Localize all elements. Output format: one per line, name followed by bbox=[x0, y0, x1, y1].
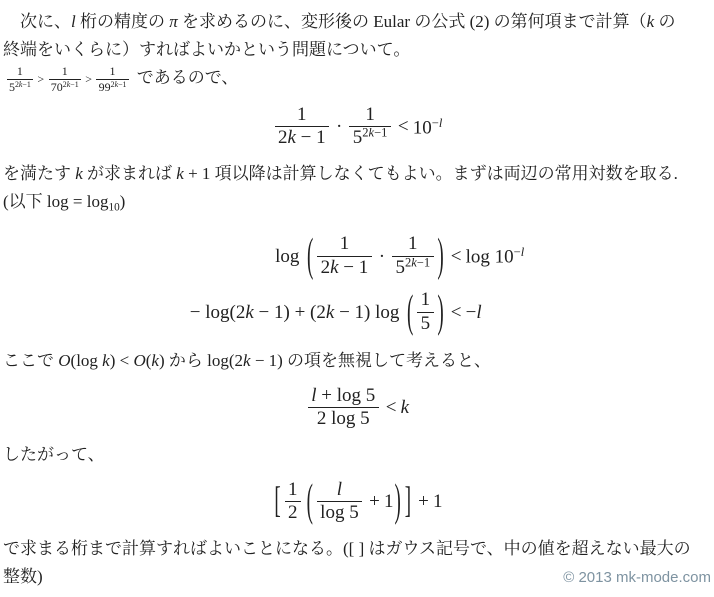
fraction-denominator: 52k−1 bbox=[349, 127, 390, 150]
open-paren-glyph: ( bbox=[306, 479, 314, 525]
equation-row: [12(llog 5+1)]+1 bbox=[271, 479, 442, 525]
fraction-numerator: 1 bbox=[285, 479, 301, 501]
text-run: したがって、 bbox=[3, 445, 105, 464]
equation-lhs: log (12k − 1·152k−1) bbox=[275, 233, 446, 279]
fraction-denominator: 2 log 5 bbox=[313, 408, 373, 430]
fraction-denominator: 2k − 1 bbox=[275, 127, 329, 149]
text-run: 終端をいくらに）すればよいかという問題について。 bbox=[3, 40, 410, 59]
paren-group: (12k − 1·152k−1) bbox=[306, 233, 445, 279]
equation-rhs: <−l bbox=[447, 289, 482, 335]
power-expression: 52k−1 bbox=[395, 257, 430, 278]
display-equation: [12(llog 5+1)]+1 bbox=[271, 479, 442, 525]
math-variable: π bbox=[169, 12, 178, 31]
text-run: − 1) の項を無視して考えると、 bbox=[251, 351, 492, 370]
fraction: 1702k−1 bbox=[49, 64, 81, 93]
math-operator: < bbox=[386, 398, 397, 417]
display-equation-bound: 12k − 1·152k−1<10−l bbox=[3, 104, 711, 150]
open-bracket-glyph: [ bbox=[273, 483, 281, 520]
math-variable: O bbox=[58, 351, 70, 370]
text-line: で求まる桁まで計算すればよいことになる。([ ] はガウス記号で、中の値を超えな… bbox=[3, 535, 711, 563]
math-variable: l bbox=[521, 245, 524, 259]
fraction-denominator: 5 bbox=[417, 313, 433, 335]
subscript: 10 bbox=[108, 201, 119, 213]
display-equation: l + log 52 log 5<k bbox=[305, 385, 409, 431]
text-run: ) bbox=[120, 192, 126, 211]
math-variable: l bbox=[337, 479, 342, 500]
text-run: ここで bbox=[3, 351, 58, 370]
text-line: (以下 log = log10) bbox=[3, 188, 711, 221]
text-line: したがって、 bbox=[3, 441, 711, 469]
math-operator: > bbox=[37, 73, 44, 85]
text-run: (以下 log = log bbox=[3, 192, 108, 211]
exponent: 2k−1 bbox=[111, 80, 127, 89]
paren-group: (llog 5+1) bbox=[306, 479, 402, 525]
paren-group: (15) bbox=[406, 289, 445, 335]
fraction-denominator: 702k−1 bbox=[49, 80, 81, 94]
power-expression: log 10−l bbox=[466, 246, 525, 266]
fraction: 152k−1 bbox=[392, 233, 433, 279]
text-run: 桁の精度の bbox=[76, 12, 170, 31]
fraction: 12 bbox=[285, 479, 301, 525]
fraction: llog 5 bbox=[317, 479, 362, 525]
equation-lhs: − log(2k − 1) + (2k − 1) log (15) bbox=[190, 289, 447, 335]
fraction-numerator: 1 bbox=[417, 289, 433, 311]
open-paren-glyph: ( bbox=[306, 233, 314, 279]
text-line: 次に、l 桁の精度の π を求めるのに、変形後の Eular の公式 (2) の… bbox=[3, 8, 711, 36]
exponent: 2k−1 bbox=[405, 256, 430, 270]
open-paren-glyph: ( bbox=[406, 289, 414, 335]
fraction: 12k − 1 bbox=[275, 104, 329, 150]
paragraph-conclusion: で求まる桁まで計算すればよいことになる。([ ] はガウス記号で、中の値を超えな… bbox=[3, 535, 711, 563]
paragraph-satisfy: を満たす k が求まれば k + 1 項以降は計算しなくてもよい。まずは両辺の常… bbox=[3, 160, 711, 221]
close-paren-glyph: ) bbox=[436, 233, 444, 279]
text-line: 152k−1>1702k−1>1992k−1 であるので、 bbox=[3, 64, 711, 94]
math-variable: k bbox=[245, 303, 253, 322]
math-operator: · bbox=[379, 247, 385, 266]
fraction-denominator: 52k−1 bbox=[392, 257, 433, 280]
equation-row: 152k−1>1702k−1>1992k−1 bbox=[5, 64, 130, 93]
text-run: ) < bbox=[110, 351, 134, 370]
equation-row: l + log 52 log 5<k bbox=[305, 385, 409, 431]
text-run: が求まれば bbox=[83, 164, 177, 183]
exponent: −l bbox=[514, 245, 525, 259]
paragraph-order-estimate: ここで O(log k) < O(k) から log(2k − 1) の項を無視… bbox=[3, 347, 711, 375]
fraction-numerator: 1 bbox=[294, 104, 310, 126]
fraction: 1992k−1 bbox=[96, 64, 128, 93]
text-run: ) から log(2 bbox=[159, 351, 243, 370]
display-equation: 12k − 1·152k−1<10−l bbox=[272, 104, 443, 150]
exponent: 2k−1 bbox=[15, 80, 31, 89]
text-line: を満たす k が求まれば k + 1 項以降は計算しなくてもよい。まずは両辺の常… bbox=[3, 160, 711, 188]
fraction: 152k−1 bbox=[349, 104, 390, 150]
text-run: 整数) bbox=[3, 567, 43, 586]
fraction-denominator: 2 bbox=[285, 502, 301, 524]
math-operator: + bbox=[369, 492, 380, 511]
fraction: l + log 52 log 5 bbox=[308, 385, 379, 431]
exponent: −l bbox=[432, 116, 443, 130]
paragraph-intro: 次に、l 桁の精度の π を求めるのに、変形後の Eular の公式 (2) の… bbox=[3, 8, 711, 64]
paragraph-inequality-chain: 152k−1>1702k−1>1992k−1 であるので、 bbox=[3, 64, 711, 94]
fraction-numerator: 1 bbox=[362, 104, 378, 126]
fraction-denominator: 2k − 1 bbox=[317, 257, 371, 279]
fraction-numerator: 1 bbox=[107, 64, 117, 78]
fraction-numerator: 1 bbox=[15, 64, 25, 78]
text-run: で求まる桁まで計算すればよいことになる。([ ] はガウス記号で、中の値を超えな… bbox=[3, 539, 691, 558]
text-run: (log bbox=[71, 351, 103, 370]
math-variable: k bbox=[330, 257, 338, 278]
fraction: 12k − 1 bbox=[317, 233, 371, 279]
fraction-numerator: 1 bbox=[405, 233, 421, 255]
exponent: 2k−1 bbox=[63, 80, 79, 89]
display-equation-log-aligned: log (12k − 1·152k−1)<log 10−l− log(2k − … bbox=[190, 233, 524, 335]
power-expression: 992k−1 bbox=[99, 80, 127, 94]
power-expression: 702k−1 bbox=[51, 80, 79, 94]
math-variable: k bbox=[287, 127, 295, 148]
display-equation-k-bound: l + log 52 log 5<k bbox=[3, 385, 711, 431]
fraction-denominator: log 5 bbox=[317, 502, 362, 524]
text-run: の bbox=[654, 12, 675, 31]
text-run: を求めるのに、変形後の Eular の公式 (2) の第何項まで計算（ bbox=[178, 12, 647, 31]
copyright-notice: © 2013 mk-mode.com bbox=[563, 564, 711, 592]
footer-line: 整数) © 2013 mk-mode.com bbox=[3, 563, 711, 592]
math-operator: · bbox=[336, 117, 342, 136]
math-operator: < bbox=[398, 117, 409, 136]
fraction-denominator: 52k−1 bbox=[7, 80, 33, 94]
math-operator: < bbox=[451, 303, 462, 322]
fraction-numerator: l + log 5 bbox=[308, 385, 379, 407]
equation-rhs: <log 10−l bbox=[447, 233, 525, 279]
fraction-numerator: 1 bbox=[60, 64, 70, 78]
fraction: 15 bbox=[417, 289, 433, 335]
text-run: であるので、 bbox=[132, 68, 238, 87]
paragraph-therefore: したがって、 bbox=[3, 441, 711, 469]
power-expression: 10−l bbox=[413, 117, 443, 137]
inline-equation: 152k−1>1702k−1>1992k−1 bbox=[5, 64, 130, 93]
math-operator: < bbox=[451, 247, 462, 266]
document-page: 次に、l 桁の精度の π を求めるのに、変形後の Eular の公式 (2) の… bbox=[0, 0, 714, 589]
text-line: ここで O(log k) < O(k) から log(2k − 1) の項を無視… bbox=[3, 347, 711, 375]
text-run: 次に、 bbox=[20, 12, 71, 31]
close-bracket-glyph: ] bbox=[404, 483, 412, 520]
math-variable: k bbox=[243, 351, 251, 370]
text-run: + 1 項以降は計算しなくてもよい。まずは両辺の常用対数を取る. bbox=[184, 164, 678, 183]
bracket-group: [12(llog 5+1)] bbox=[273, 479, 412, 525]
fraction-denominator: 992k−1 bbox=[96, 80, 128, 94]
close-paren-glyph: ) bbox=[436, 289, 444, 335]
power-expression: 52k−1 bbox=[9, 80, 31, 94]
math-operator: > bbox=[85, 73, 92, 85]
math-variable: k bbox=[401, 398, 409, 417]
equation-row: 12k − 1·152k−1<10−l bbox=[272, 104, 443, 150]
math-variable: k bbox=[176, 164, 184, 183]
fraction: 152k−1 bbox=[7, 64, 33, 93]
math-variable: l bbox=[476, 303, 481, 322]
math-variable: k bbox=[102, 351, 110, 370]
exponent: 2k−1 bbox=[362, 126, 387, 140]
display-equation-terms: [12(llog 5+1)]+1 bbox=[3, 479, 711, 525]
math-variable: k bbox=[151, 351, 159, 370]
math-variable: O bbox=[133, 351, 145, 370]
text-line: 整数) bbox=[3, 563, 43, 591]
fraction-numerator: l bbox=[333, 479, 345, 501]
text-run: を満たす bbox=[3, 164, 75, 183]
text-line: 終端をいくらに）すればよいかという問題について。 bbox=[3, 36, 711, 64]
math-variable: k bbox=[75, 164, 83, 183]
math-variable: k bbox=[326, 303, 334, 322]
math-operator: + bbox=[418, 492, 429, 511]
math-variable: l bbox=[439, 116, 442, 130]
paragraph-conclusion-cont: 整数) bbox=[3, 563, 43, 591]
power-expression: 52k−1 bbox=[353, 127, 388, 148]
fraction-numerator: 1 bbox=[336, 233, 352, 255]
close-paren-glyph: ) bbox=[394, 479, 402, 525]
